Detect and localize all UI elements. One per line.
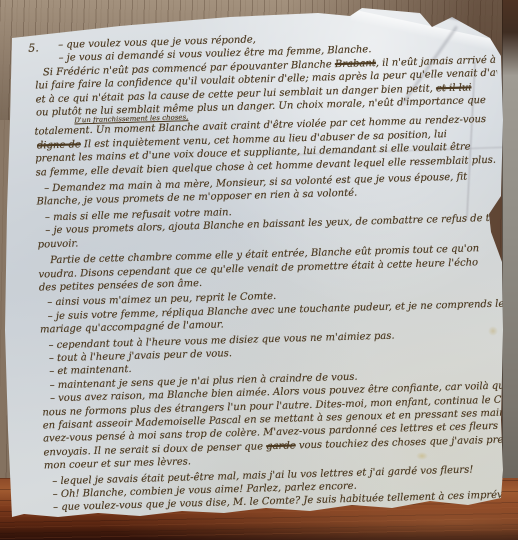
- page-number: 5.: [28, 41, 39, 55]
- paper-sheet: 5. – que voulez vous que je vous réponde…: [0, 0, 518, 540]
- manuscript-lines: – que voulez vous que je vous réponde,– …: [32, 27, 509, 516]
- wood-table-right-edge: [502, 0, 518, 540]
- manuscript-text: 5. – que voulez vous que je vous réponde…: [18, 27, 509, 516]
- manuscript-photo: { "photo": { "subject": "photograph of a…: [0, 0, 518, 540]
